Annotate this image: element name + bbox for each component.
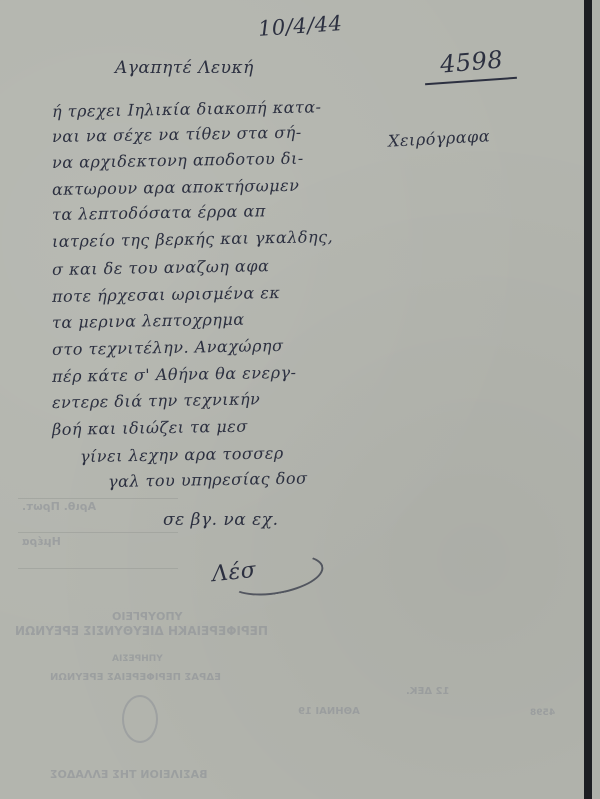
body-line: γίνει λεχην αρα τοσσερ	[80, 443, 284, 466]
bleed-stamp-date: 12 ΔΕΚ.	[406, 686, 450, 697]
body-line: ιατρείο της βερκής και γκαλδης,	[52, 227, 333, 251]
bleed-office: ΕΔΡΑΣ ΠΕΡΙΦΕΡΕΙΑΣ ΕΡΕΥΝΩΝ	[50, 672, 221, 683]
bleed-directorate: ΠΕΡΙΦΕΡΕΙΑΚΗ ΔΙΕΥΘΥΝΣΙΣ ΕΡΕΥΝΩΝ	[15, 624, 268, 638]
letter-page: Αριθ. Πρωτ. Ημέρα ΥΠΟΥΡΓΕΙΟ ΠΕΡΙΦΕΡΕΙΑΚΗ…	[0, 0, 592, 799]
bleed-kingdom: ΒΑΣΙΛΕΙΟΝ ΤΗΣ ΕΛΛΑΔΟΣ	[50, 768, 208, 781]
body-line: ακτωρουν αρα αποκτήσωμεν	[52, 176, 300, 199]
salutation: Αγαπητέ Λευκή	[115, 58, 254, 78]
body-line: πέρ κάτε σ' Αθήνα θα ενεργ-	[52, 363, 297, 386]
body-line: τα λεπτοδόσατα έρρα απ	[52, 201, 266, 224]
bleed-form-field-day: Ημέρα	[22, 535, 61, 548]
form-rule	[18, 532, 178, 533]
closing: σε βγ. να εχ.	[163, 510, 278, 530]
body-line: ποτε ήρχεσαι ωρισμένα εκ	[52, 283, 281, 306]
signature-flourish	[225, 548, 326, 602]
bleed-stamp-city: ΑΘΗΝΑΙ 19	[298, 706, 360, 717]
letter-date: 10/4/44	[257, 11, 343, 41]
reference-number: 4598	[439, 45, 504, 78]
form-rule	[18, 498, 178, 499]
body-line: να αρχιδεκτονη αποδοτου δι-	[52, 149, 304, 172]
body-line: γαλ του υπηρεσίας δοσ	[108, 469, 308, 491]
body-line: τα μερινα λεπτοχρημα	[52, 310, 245, 332]
crown-emblem-icon	[122, 695, 158, 743]
bleed-service: ΥΠΗΡΕΣΙΑ	[112, 654, 163, 664]
body-line: στο τεχνιτέλην. Αναχώρησ	[52, 336, 284, 359]
body-line: εντερε διά την τεχνικήν	[52, 389, 261, 412]
reference-underline	[425, 77, 517, 85]
scan-edge	[584, 0, 592, 799]
form-rule	[18, 568, 178, 569]
bleed-form-field-number: Αριθ. Πρωτ.	[22, 500, 96, 513]
body-line: ή τρεχει Ιηλικία διακοπή κατα-	[52, 97, 322, 121]
body-line: βοή και ιδιώζει τα μεσ	[52, 417, 248, 439]
bleed-ministry: ΥΠΟΥΡΓΕΙΟ	[112, 610, 183, 623]
body-line: σ και δε του αναζωη αφα	[52, 256, 270, 279]
bleed-stamp-number: 4598	[530, 708, 555, 718]
margin-note: Χειρόγραφα	[388, 126, 491, 150]
body-line: ναι να σέχε να τίθεν στα σή-	[52, 123, 302, 146]
